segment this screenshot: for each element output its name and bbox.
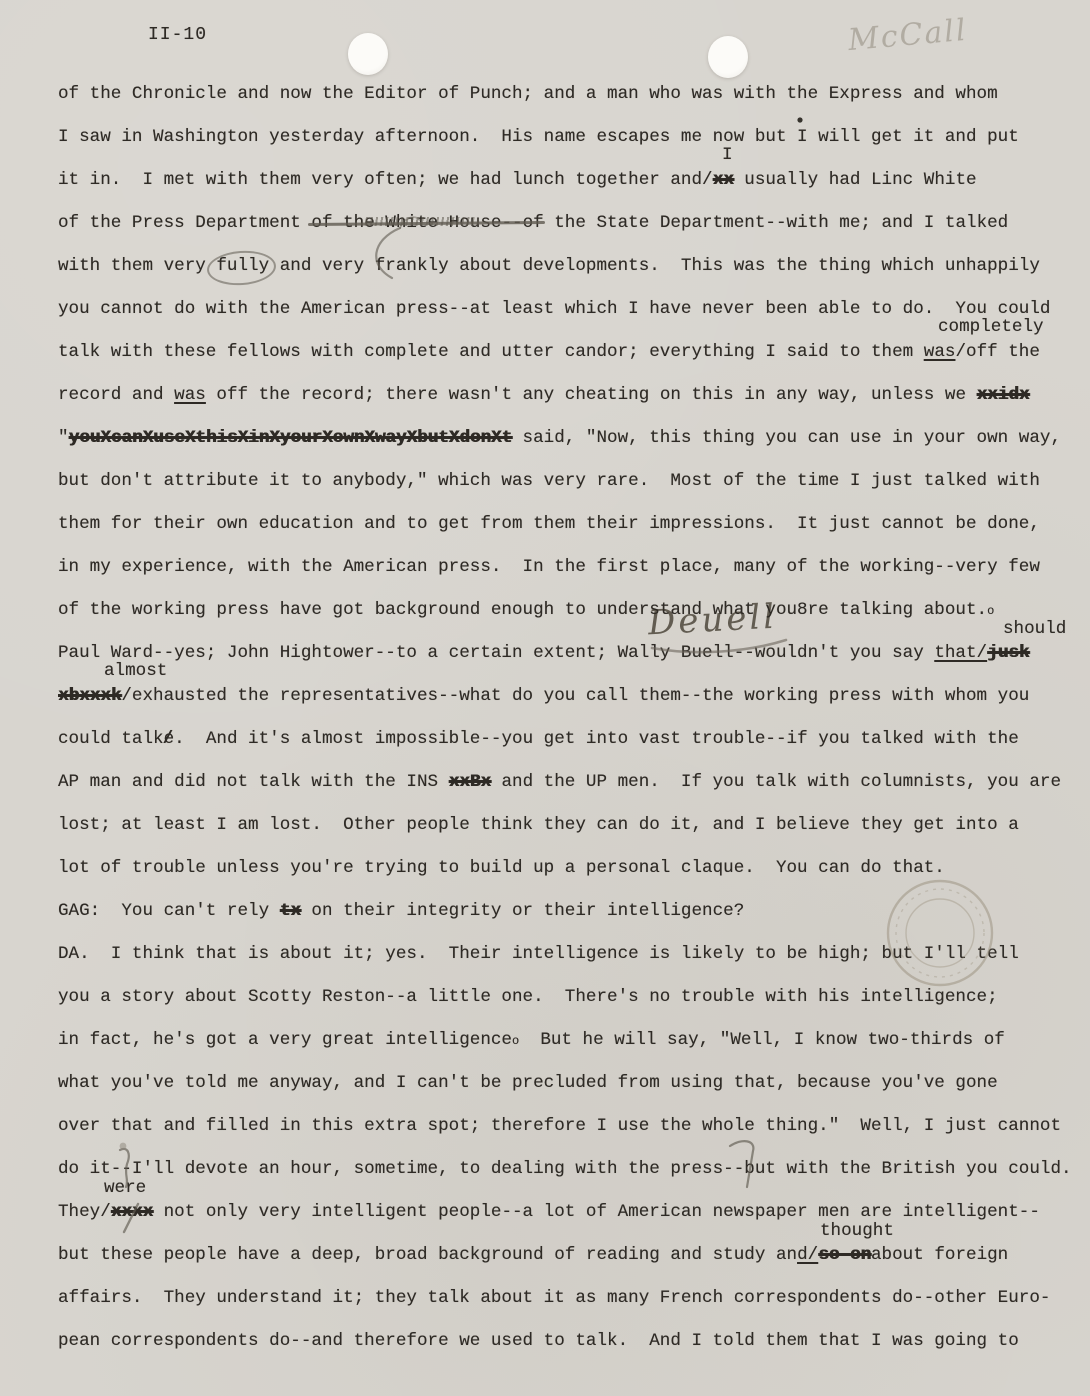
handwritten-note-mccall: McCall [847, 13, 969, 58]
typed-line: lot of trouble unless you're trying to b… [58, 856, 945, 880]
typed-segment: of the Press Department [58, 213, 311, 233]
typed-line: you a story about Scotty Reston--a littl… [58, 985, 998, 1009]
typed-segment: /exhausted the representatives--what do … [121, 686, 1029, 706]
typed-segment: over that and filled in this extra spot;… [58, 1116, 1061, 1136]
typed-segment: AP man and did not talk with the INS [58, 772, 449, 792]
typed-segment: " [58, 428, 69, 448]
typed-segment-x: xbxxxk [58, 686, 121, 706]
typed-segment: with them very [58, 256, 216, 276]
typed-line: but don't attribute it to anybody," whic… [58, 469, 1040, 493]
typed-line: Paul Ward--yes; John Hightower--to a cer… [58, 641, 1029, 665]
typed-segment: talk with these fellows with complete an… [58, 342, 924, 362]
typed-segment-circ: fully [216, 256, 269, 276]
hole-punch-right [708, 36, 748, 78]
typed-segment: but these people have a deep, broad back… [58, 1245, 797, 1265]
typed-line: do it--I'll devote an hour, sometime, to… [58, 1157, 1072, 1181]
typed-segment: in fact, he's got a very great intellige… [58, 1030, 512, 1050]
typed-segment-x: so on [818, 1245, 871, 1265]
typed-line: what you've told me anyway, and I can't … [58, 1071, 998, 1095]
typed-segment: what you've told me anyway, and I can't … [58, 1073, 998, 1093]
typed-line: pean correspondents do--and therefore we… [58, 1329, 1019, 1353]
typed-line: DA. I think that is about it; yes. Their… [58, 942, 1019, 966]
typed-segment: But he will say, "Well, I know two-third… [519, 1030, 1005, 1050]
hole-punch-left [348, 33, 388, 75]
faint-circular-stamp [888, 881, 992, 985]
typed-line: I saw in Washington yesterday afternoon.… [58, 125, 1019, 149]
typed-line: could talke. And it's almost impossible-… [58, 727, 1019, 751]
typed-segment: I saw in Washington yesterday afternoon.… [58, 127, 1019, 147]
ink-dot [797, 117, 802, 122]
typed-segment-u: was [174, 385, 206, 405]
typed-line: affairs. They understand it; they talk a… [58, 1286, 1050, 1310]
typed-segment: the State Department--with me; and I tal… [544, 213, 1009, 233]
typed-segment: DA. I think that is about it; yes. Their… [58, 944, 1019, 964]
typed-segment: affairs. They understand it; they talk a… [58, 1288, 1050, 1308]
typed-segment-x: xx [713, 170, 734, 190]
typed-segment-x: xxidx [977, 385, 1030, 405]
typed-segment-x: tx [280, 901, 301, 921]
typed-segment: in my experience, with the American pres… [58, 557, 1040, 577]
typed-line: xbxxxk/exhausted the representatives--wh… [58, 684, 1029, 708]
typed-segment: lost; at least I am lost. Other people t… [58, 815, 1019, 835]
typed-line: but these people have a deep, broad back… [58, 1243, 1008, 1267]
typed-line: them for their own education and to get … [58, 512, 1040, 536]
typed-segment: . And it's almost impossible--you get in… [174, 729, 1019, 749]
typed-segment: They/ [58, 1202, 111, 1222]
typed-segment: on their integrity or their intelligence… [301, 901, 744, 921]
typed-line: record and was off the record; there was… [58, 383, 1029, 407]
typed-segment-u: was [924, 342, 956, 362]
typed-segment: and the UP men. If you talk with columni… [491, 772, 1061, 792]
interline-insert-were: were [104, 1178, 146, 1198]
typed-line: in fact, he's got a very great intellige… [58, 1028, 1005, 1053]
interline-insert-thought: thought [820, 1221, 894, 1241]
typed-segment: off the record; there wasn't any cheatin… [206, 385, 977, 405]
typed-segment: could talk [58, 729, 164, 749]
typed-segment: Paul Ward--yes; John Hightower--to a cer… [58, 643, 934, 663]
document-page: II-10 McCall Deuell I completely should … [0, 0, 1090, 1396]
typed-segment: GAG: You can't rely [58, 901, 280, 921]
typed-segment: not only very intelligent people--a lot … [153, 1202, 1040, 1222]
pencil-dot-it [120, 1143, 127, 1150]
typed-line: over that and filled in this extra spot;… [58, 1114, 1061, 1138]
typed-line: with them very fully and very frankly ab… [58, 254, 1040, 278]
typed-line: GAG: You can't rely tx on their integrit… [58, 899, 744, 923]
typed-segment: of the working press have got background… [58, 600, 987, 620]
typed-line: AP man and did not talk with the INS xxB… [58, 770, 1061, 794]
typed-line: They/xxxx not only very intelligent peop… [58, 1200, 1040, 1224]
typed-segment: do it--I'll devote an hour, sometime, to… [58, 1159, 1072, 1179]
typed-line: you cannot do with the American press--a… [58, 297, 1050, 321]
typed-segment: them for their own education and to get … [58, 514, 1040, 534]
typed-segment-deg: o [987, 604, 994, 618]
typed-line: lost; at least I am lost. Other people t… [58, 813, 1019, 837]
typed-line: "youXcanXuseXthisXinXyourXownXwayXbutXdo… [58, 426, 1061, 450]
typed-line: of the Press Department of the White Hou… [58, 211, 1008, 235]
typed-segment: said, "Now, this thing you can use in yo… [512, 428, 1061, 448]
typed-line: in my experience, with the American pres… [58, 555, 1040, 579]
typed-line: it in. I met with them very often; we ha… [58, 168, 977, 192]
typed-segment: lot of trouble unless you're trying to b… [58, 858, 945, 878]
typed-segment: about foreign [871, 1245, 1008, 1265]
typed-line: of the working press have got background… [58, 598, 994, 623]
typed-segment: but don't attribute it to anybody," whic… [58, 471, 1040, 491]
typed-segment-x: jusk [987, 643, 1029, 663]
typed-segment: you cannot do with the American press--a… [58, 299, 1050, 319]
typed-segment: pean correspondents do--and therefore we… [58, 1331, 1019, 1351]
typed-segment-u: that/ [934, 643, 987, 663]
interline-insert-should: should [1003, 619, 1066, 639]
typed-segment: usually had Linc White [734, 170, 977, 190]
typed-segment: you a story about Scotty Reston--a littl… [58, 987, 998, 1007]
typed-segment: it in. I met with them very often; we ha… [58, 170, 713, 190]
typed-segment-x: xxBx [449, 772, 491, 792]
typed-segment-ps: of the White House--of [311, 213, 543, 233]
typed-segment-x: youXcanXuseXthisXinXyourXownXwayXbutXdon… [69, 428, 512, 448]
typed-segment: /off the [955, 342, 1039, 362]
typed-line: talk with these fellows with complete an… [58, 340, 1040, 364]
page-number: II-10 [148, 25, 207, 45]
typed-segment: and very frankly about developments. Thi… [269, 256, 1040, 276]
typed-segment-sl: e [164, 729, 175, 749]
typed-segment: of the Chronicle and now the Editor of P… [58, 84, 998, 104]
typed-line: of the Chronicle and now the Editor of P… [58, 82, 998, 106]
typed-segment-u: d/ [797, 1245, 818, 1265]
typed-segment: record and [58, 385, 174, 405]
typed-segment-x: xxxx [111, 1202, 153, 1222]
